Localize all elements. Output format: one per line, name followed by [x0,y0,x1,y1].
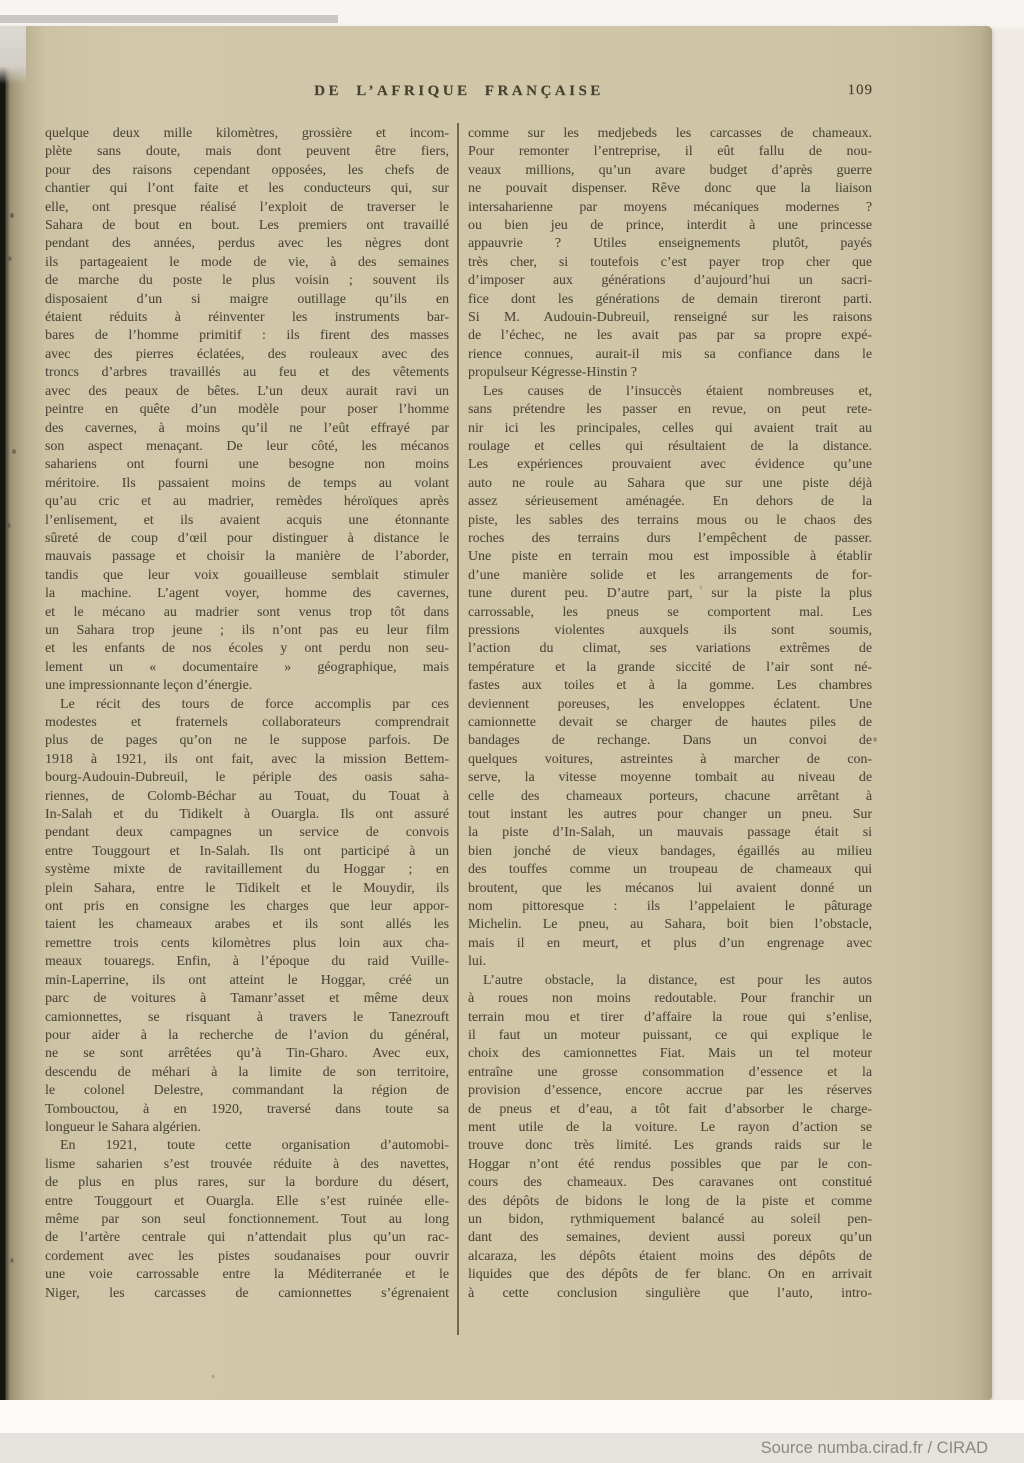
text-line: descendu de méhari à la limite de son te… [45,1064,449,1082]
journal-header: DE L’AFRIQUE FRANÇAISE 109 [45,82,873,100]
text-line: lisme saharien s’est trouvée réduite à d… [45,1156,449,1174]
text-line: plus de pages qu’on ne le suppose parfoi… [45,732,449,750]
text-line: à roues non moins redoutable. Pour franc… [468,990,872,1008]
text-line: peintre en quête d’un modèle pour poser … [45,401,449,419]
text-line: le colonel Delestre, commandant la régio… [45,1082,449,1100]
source-bar: Source numba.cirad.fr / CIRAD [0,1433,1024,1463]
page-number: 109 [848,82,874,99]
text-line: à cette conclusion singulière que l’auto… [468,1285,872,1303]
scanner-edge-line [0,15,338,23]
text-line: pour aider à la recherche de l’avion du … [45,1027,449,1045]
text-line: fice dont les générations de demain tire… [468,291,872,309]
text-line: appauvrie ? Utiles enseignements plutôt,… [468,235,872,253]
text-line: température et la grande siccité de l’ai… [468,659,872,677]
text-line: plète sans doute, mais dont peuvent être… [45,143,449,161]
text-line: roches des terrains durs l’empêchent de … [468,530,872,548]
text-line: lui. [468,953,872,971]
text-line: ils partageaient le mode de vie, à des s… [45,254,449,272]
text-line: remettre trois cents kilomètres plus loi… [45,935,449,953]
source-label: Source numba.cirad.fr / CIRAD [0,1433,1024,1463]
text-line: sans prétendre les passer en revue, on p… [468,401,872,419]
text-line: méritoire. Ils passaient moins de temps … [45,475,449,493]
text-line: Sahara de bout en bout. Les premiers ont… [45,217,449,235]
text-line: veaux millions, qu’un avare budget d’apr… [468,162,872,180]
text-line: bandages de rechange. Dans un convoi de [468,732,872,750]
text-line: terrain mou et tirer d’affaire la roue q… [468,1009,872,1027]
text-line: tune durent peu. D’autre part, sur la pi… [468,585,872,603]
text-line: plein Sahara, entre le Tidikelt et le Mo… [45,880,449,898]
text-line: ne se sont arrêtées qu’à Tin-Gharo. Avec… [45,1045,449,1063]
text-line: tout instant les autres pour changer un … [468,806,872,824]
text-line: de pneus et d’eau, a tôt fait d’absorber… [468,1101,872,1119]
text-line: deviennent poreuses, les enveloppes écla… [468,696,872,714]
text-line: ou bien jeu de prince, interdit à une pr… [468,217,872,235]
column-divider [457,123,459,1335]
text-line: pressions violentes auxquels ils sont so… [468,622,872,640]
text-line: troncs d’arbres travaillés au feu et des… [45,364,449,382]
text-line: avec des pierres éclatées, des rouleaux … [45,346,449,364]
text-line: comme sur les medjebeds les carcasses de… [468,125,872,143]
text-line: ment utile de la voiture. Le rayon d’act… [468,1119,872,1137]
text-line: système mixte de ravitaillement du Hogga… [45,861,449,879]
text-line: cours des chameaux. Des caravanes ont co… [468,1174,872,1192]
text-line: auto ne roule au Sahara que sur une pist… [468,475,872,493]
text-line: même par son seul fonctionnement. Tout a… [45,1211,449,1229]
text-line: sahariens ont fourni une besogne non moi… [45,456,449,474]
text-line: chantier qui l’ont faite et les conducte… [45,180,449,198]
text-line: un Sahara trop jeune ; ils n’ont pas eu … [45,622,449,640]
text-line: dant des semaines, devient aussi poreux … [468,1229,872,1247]
text-line: provision d’essence, encore accrue par l… [468,1082,872,1100]
text-line: Hoggar n’ont été rendus possibles que pa… [468,1156,872,1174]
text-line: la machine. L’agent voyer, homme des cav… [45,585,449,603]
text-line: pendant des années, perdus avec les nègr… [45,235,449,253]
text-line: pendant deux campagnes un service de con… [45,824,449,842]
text-line: pour des raisons cependant opposées, les… [45,162,449,180]
text-line: quelques voitures, astreintes à marcher … [468,751,872,769]
text-line: il faut un moteur puissant, ce qui expli… [468,1027,872,1045]
text-line: trouve donc très limité. Les grands raid… [468,1137,872,1155]
text-line: entraîne une grosse consommation d’essen… [468,1064,872,1082]
text-line: de marche du poste le plus voisin ; souv… [45,272,449,290]
text-line: Si M. Audouin-Dubreuil, renseigné sur le… [468,309,872,327]
left-column: quelque deux mille kilomètres, grossière… [45,125,449,1303]
text-line: fastes aux toiles et à la gomme. Les cha… [468,677,872,695]
text-line: Le récit des tours de force accomplis pa… [45,696,449,714]
text-line: L’autre obstacle, la distance, est pour … [468,972,872,990]
text-line: serve, la vitesse moyenne tombait au niv… [468,769,872,787]
text-line: Pour remonter l’entreprise, il eût fallu… [468,143,872,161]
text-line: sûreté de coup d’œil pour distinguer à d… [45,530,449,548]
text-line: liquides que des dépôts de fer blanc. On… [468,1266,872,1284]
text-line: des cavernes, à moins qu’il ne l’eût eff… [45,420,449,438]
text-line: camionnettes, se risquant à travers le T… [45,1009,449,1027]
text-line: disposaient d’un si maigre outillage qu’… [45,291,449,309]
text-line: celle des chameaux porteurs, chacune arr… [468,788,872,806]
text-line: l’action du climat, ses variations extrê… [468,640,872,658]
text-line: riennes, de Colomb-Béchar au Touat, du T… [45,788,449,806]
text-line: Tombouctou, à en 1920, traversé dans tou… [45,1101,449,1119]
text-line: broutent, que les mécanos lui avaient do… [468,880,872,898]
text-line: quelque deux mille kilomètres, grossière… [45,125,449,143]
text-line: entre Touggourt et In-Salah. Ils ont par… [45,843,449,861]
text-line: assez sérieusement aménagée. En dehors d… [468,493,872,511]
text-line: bien jonché de vieux bandages, égaillés … [468,843,872,861]
text-line: d’imposer aux générations d’aujourd’hui … [468,272,872,290]
text-line: tandis que leur voix gouailleuse semblai… [45,567,449,585]
text-line: lement un « documentaire » géographique,… [45,659,449,677]
text-line: entre Touggourt et Ouargla. Elle s’est r… [45,1193,449,1211]
text-line: roulage et celles qui résultaient de la … [468,438,872,456]
text-line: intersaharienne par moyens mécaniques mo… [468,199,872,217]
text-line: parc de voitures à Tamanr’asset et même … [45,990,449,1008]
text-line: Les expériences prouvaient avec évidence… [468,456,872,474]
text-line: de l’échec, ne les avait pas par sa prop… [468,327,872,345]
text-line: 1918 à 1921, ils ont fait, avec la missi… [45,751,449,769]
text-line: rience connues, aurait-il mis sa confian… [468,346,872,364]
text-line: Michelin. Le pneu, au Sahara, boit bien … [468,916,872,934]
text-line: ne pouvait dispenser. Rêve donc que la l… [468,180,872,198]
text-line: carrossable, les pneus se comportent mal… [468,604,872,622]
text-line: min-Laperrine, ils ont atteint le Hoggar… [45,972,449,990]
text-line: avec des peaux de bêtes. L’un deux aurai… [45,383,449,401]
text-line: choix des camionnettes Fiat. Mais un tel… [468,1045,872,1063]
text-line: d’une manière solide et les arrangements… [468,567,872,585]
text-line: mauvais passage et choisir la manière de… [45,548,449,566]
text-line: qu’au cric et au madrier, remèdes héroïq… [45,493,449,511]
right-column: comme sur les medjebeds les carcasses de… [468,125,872,1303]
text-line: longueur le Sahara algérien. [45,1119,449,1137]
text-line: modestes et fraternels collaborateurs co… [45,714,449,732]
text-line: et le mécano au madrier sont venus trop … [45,604,449,622]
text-line: bourg-Audouin-Dubreuil, le périple des o… [45,769,449,787]
text-line: très cher, si toutefois c’est payer trop… [468,254,872,272]
scanned-page: DE L’AFRIQUE FRANÇAISE 109 quelque deux … [0,26,992,1400]
text-line: propulseur Kégresse-Hinstin ? [468,364,872,382]
text-line: un bidon, rythmiquement balancé au solei… [468,1211,872,1229]
text-line: mais il en meurt, et plus d’un engrenage… [468,935,872,953]
text-line: nom pittoresque : ils l’appelaient le pâ… [468,898,872,916]
text-line: piste, les sables des terrains mous ou l… [468,512,872,530]
text-line: nir ici les principales, celles qui avai… [468,420,872,438]
text-line: In-Salah et du Tidikelt à Ouargla. Ils o… [45,806,449,824]
text-line: bares de l’homme primitif : ils firent d… [45,327,449,345]
text-line: camionnette devait se charger de hautes … [468,714,872,732]
text-line: et les enfants de nos écoles y ont perdu… [45,640,449,658]
text-line: elle, ont presque réalisé l’exploit de t… [45,199,449,217]
text-line: Une piste en terrain mou est impossible … [468,548,872,566]
text-line: l’enlisement, et ils avaient acquis une … [45,512,449,530]
text-line: son aspect menaçant. De leur côté, les m… [45,438,449,456]
text-line: En 1921, toute cette organisation d’auto… [45,1137,449,1155]
ink-specks [0,26,2,29]
text-line: Niger, les carcasses de camionnettes s’é… [45,1285,449,1303]
text-line: de l’artère centrale qui n’attendait plu… [45,1229,449,1247]
text-line: ont pris en consigne les charges que leu… [45,898,449,916]
text-line: taient les chameaux arabes et ils sont a… [45,916,449,934]
text-line: des touffes comme un troupeau de chameau… [468,861,872,879]
text-line: une impressionnante leçon d’énergie. [45,677,449,695]
journal-title: DE L’AFRIQUE FRANÇAISE [314,83,604,99]
text-line: alcaraza, les dépôts étaient moins des d… [468,1248,872,1266]
text-line: la piste d’In-Salah, un mauvais passage … [468,824,872,842]
text-line: une voie carrossable entre la Méditerran… [45,1266,449,1284]
text-line: des dépôts de bidons le long de la piste… [468,1193,872,1211]
text-line: de plus en plus rares, sur la bordure du… [45,1174,449,1192]
text-line: meaux touaregs. Enfin, à l’époque du rai… [45,953,449,971]
page-corner [0,26,26,84]
text-line: étaient réduits à réinventer les instrum… [45,309,449,327]
text-line: Les causes de l’insuccès étaient nombreu… [468,383,872,401]
text-line: cordement avec les pistes soudanaises po… [45,1248,449,1266]
